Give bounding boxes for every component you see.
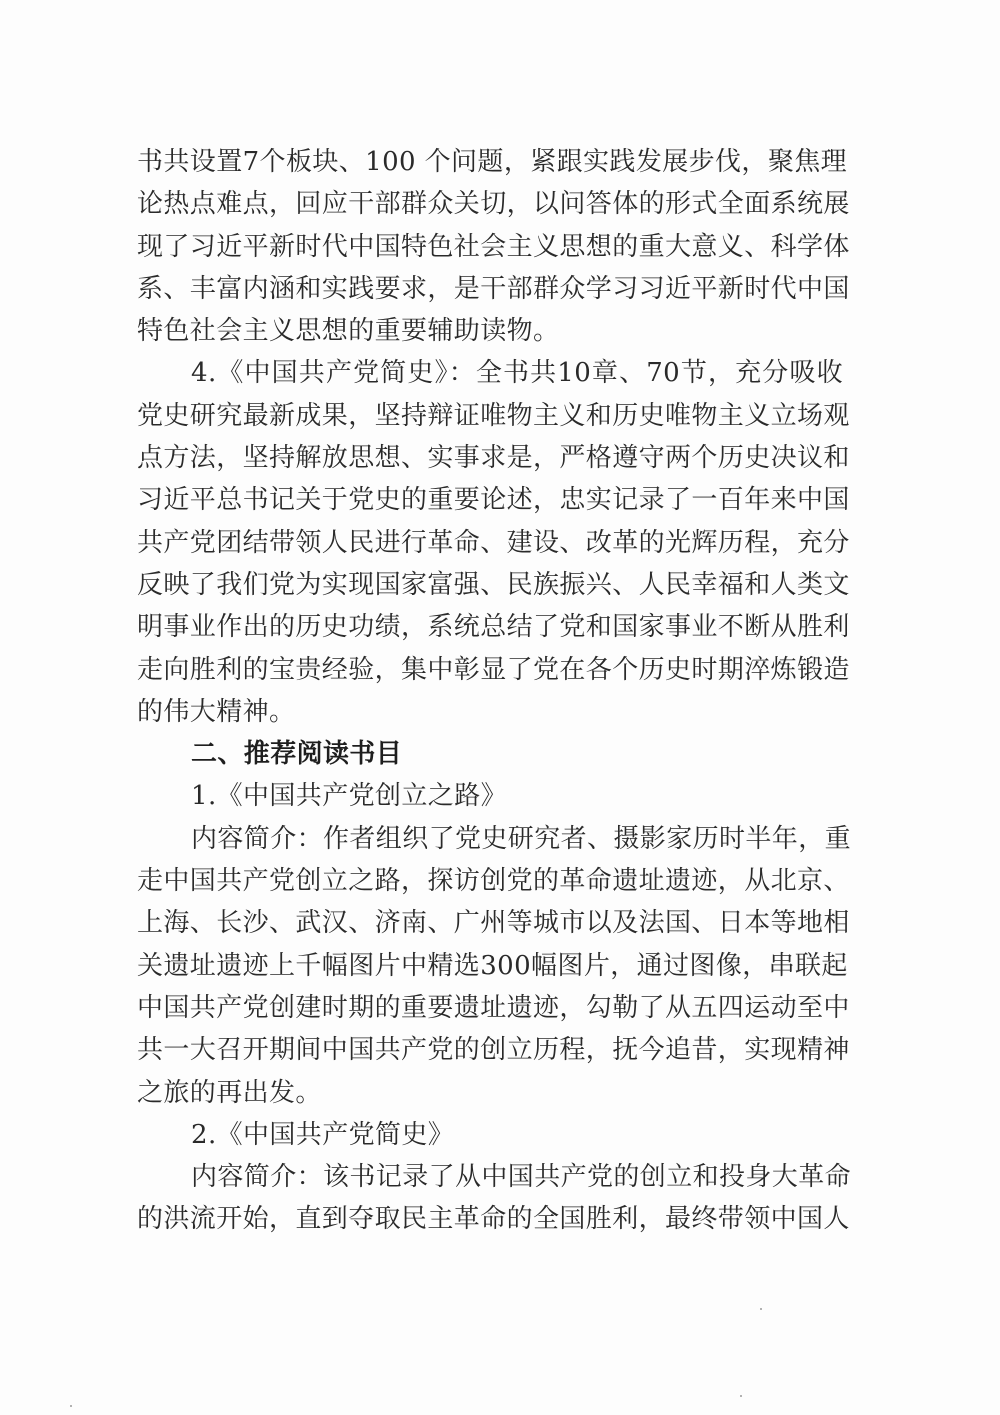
text-line: 书共设置7个板块、100 个问题，紧跟实践发展步伐，聚焦理 (137, 141, 843, 183)
text-line: 走中国共产党创立之路，探访创党的革命遗址遗迹，从北京、 (137, 860, 843, 902)
book-entry-2: 2.《中国共产党简史》 内容简介：该书记录了从中国共产党的创立和投身大革命 的洪… (137, 1114, 843, 1241)
text-line: 上海、长沙、武汉、济南、广州等城市以及法国、日本等地相 (137, 902, 843, 944)
text-line: 的伟大精神。 (137, 691, 843, 733)
book-entry-1: 1.《中国共产党创立之路》 内容简介：作者组织了党史研究者、摄影家历时半年，重 … (137, 775, 843, 1113)
book-title: 2.《中国共产党简史》 (137, 1114, 843, 1156)
book-title: 1.《中国共产党创立之路》 (137, 775, 843, 817)
paragraph-item-4: 4.《中国共产党简史》：全书共10章、70节，充分吸收 党史研究最新成果，坚持辩… (137, 352, 843, 733)
text-line: 点方法，坚持解放思想、实事求是，严格遵守两个历史决议和 (137, 437, 843, 479)
scan-speck (740, 1395, 742, 1397)
text-line: 论热点难点，回应干部群众关切，以问答体的形式全面系统展 (137, 183, 843, 225)
paragraph-intro: 书共设置7个板块、100 个问题，紧跟实践发展步伐，聚焦理 论热点难点，回应干部… (137, 141, 843, 352)
text-line: 关遗址遗迹上千幅图片中精选300幅图片，通过图像，串联起 (137, 945, 843, 987)
text-line: 系、丰富内涵和实践要求，是干部群众学习习近平新时代中国 (137, 268, 843, 310)
text-line: 党史研究最新成果，坚持辩证唯物主义和历史唯物主义立场观 (137, 395, 843, 437)
text-line: 内容简介：该书记录了从中国共产党的创立和投身大革命 (137, 1156, 843, 1198)
scan-speck (70, 1405, 72, 1407)
text-line: 4.《中国共产党简史》：全书共10章、70节，充分吸收 (137, 352, 843, 394)
text-line: 共产党团结带领人民进行革命、建设、改革的光辉历程，充分 (137, 522, 843, 564)
text-line: 现了习近平新时代中国特色社会主义思想的重大意义、科学体 (137, 226, 843, 268)
section-heading: 二、推荐阅读书目 (137, 733, 843, 775)
document-page: 书共设置7个板块、100 个问题，紧跟实践发展步伐，聚焦理 论热点难点，回应干部… (137, 141, 843, 1241)
text-line: 的洪流开始，直到夺取民主革命的全国胜利，最终带领中国人 (137, 1198, 843, 1240)
text-line: 明事业作出的历史功绩，系统总结了党和国家事业不断从胜利 (137, 606, 843, 648)
text-line: 内容简介：作者组织了党史研究者、摄影家历时半年，重 (137, 818, 843, 860)
text-line: 中国共产党创建时期的重要遗址遗迹，勾勒了从五四运动至中 (137, 987, 843, 1029)
text-line: 反映了我们党为实现国家富强、民族振兴、人民幸福和人类文 (137, 564, 843, 606)
text-line: 习近平总书记关于党史的重要论述，忠实记录了一百年来中国 (137, 479, 843, 521)
text-line: 共一大召开期间中国共产党的创立历程，抚今追昔，实现精神 (137, 1029, 843, 1071)
text-line: 之旅的再出发。 (137, 1072, 843, 1114)
text-line: 特色社会主义思想的重要辅助读物。 (137, 310, 843, 352)
scan-speck (760, 1308, 762, 1310)
section-recommended-reading: 二、推荐阅读书目 1.《中国共产党创立之路》 内容简介：作者组织了党史研究者、摄… (137, 733, 843, 1241)
text-line: 走向胜利的宝贵经验，集中彰显了党在各个历史时期淬炼锻造 (137, 649, 843, 691)
